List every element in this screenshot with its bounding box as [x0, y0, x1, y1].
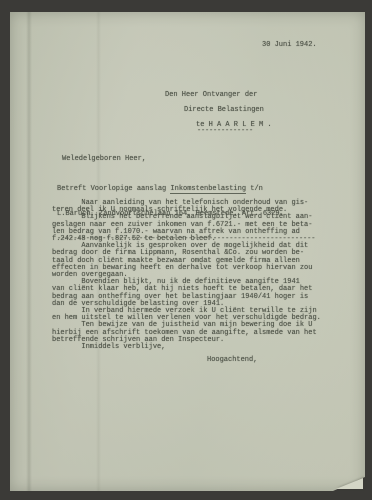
recipient-line-1: Den Heer Ontvanger der: [165, 92, 257, 99]
recipient-city-underline: --------------: [197, 128, 253, 135]
subject-line-1: Betreft Voorlopige aanslag Inkomstenbela…: [57, 185, 315, 193]
subject-suffix: t/n: [246, 185, 263, 193]
paper-crease-left: [26, 12, 32, 491]
salutation: Weledelgeboren Heer,: [62, 156, 146, 163]
recipient-line-2: Directe Belastingen: [184, 107, 264, 114]
letter-body: Naar aanleiding van het telefonisch onde…: [52, 200, 321, 351]
curled-corner-fold: [336, 478, 363, 489]
subject-underlined-term: Inkomstenbelasting: [170, 185, 246, 194]
letter-date: 30 Juni 1942.: [262, 42, 317, 49]
scanned-letter-page: 30 Juni 1942. Den Heer Ontvanger der Dir…: [0, 0, 372, 500]
closing-salutation: Hoogachtend,: [207, 357, 257, 364]
subject-prefix: Betreft Voorlopige aanslag: [57, 185, 170, 193]
